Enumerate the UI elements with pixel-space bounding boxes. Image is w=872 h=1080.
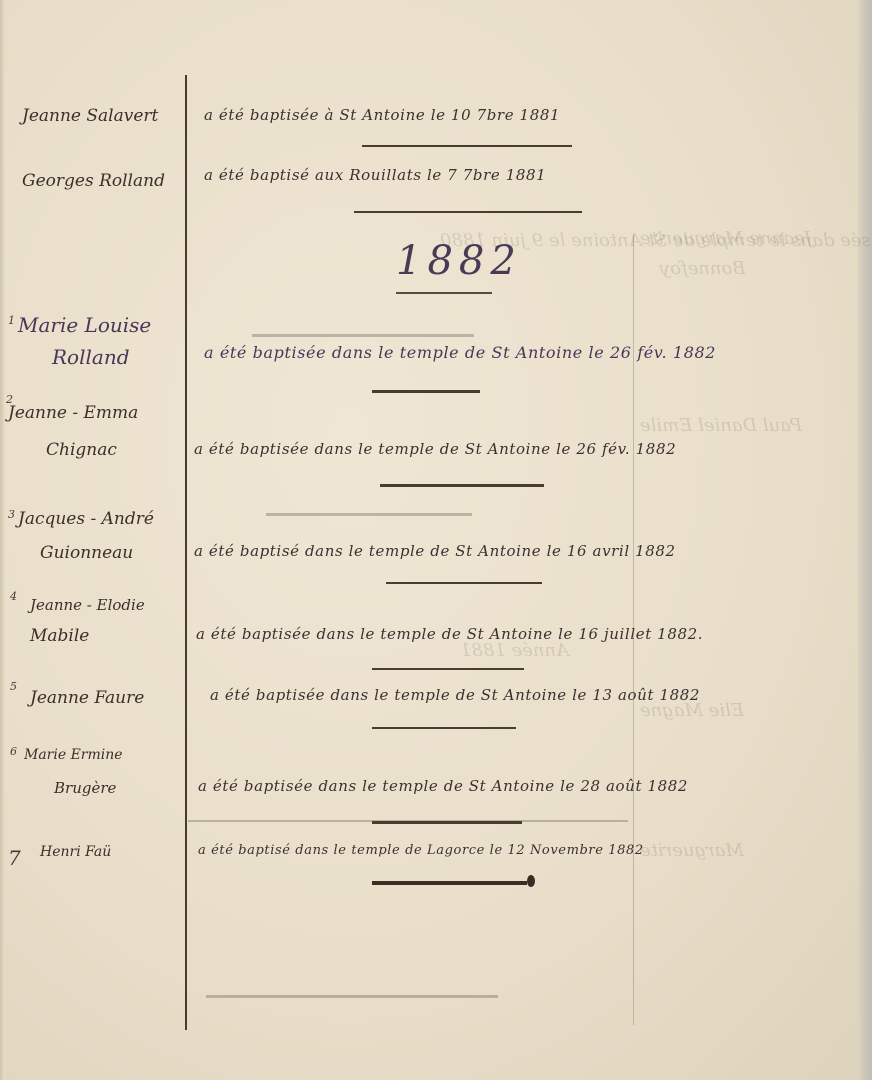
entry-separator	[372, 727, 516, 729]
year-heading: 1882	[396, 238, 522, 284]
entry-separator	[372, 390, 480, 393]
faint-rule	[252, 334, 474, 337]
entry-number: 6	[10, 745, 17, 758]
year-underline	[396, 292, 492, 294]
bleed-through-text: Paul Daniel Emile	[640, 415, 802, 436]
entry-name-last: Mabile	[30, 626, 89, 646]
entry-name-last: Brugère	[54, 779, 116, 797]
entry-number: 5	[10, 680, 17, 693]
margin-rule	[185, 75, 187, 1030]
entry-name-first: Jeanne Faure	[30, 688, 144, 708]
entry-separator	[380, 484, 544, 487]
entry-text: a été baptisée dans le temple de St Anto…	[204, 343, 716, 362]
entry-name-first: Jeanne - Elodie	[30, 596, 145, 614]
heading-rule-top	[354, 211, 582, 213]
faint-rule	[266, 513, 472, 516]
entry-name-last: Guionneau	[40, 543, 133, 563]
bleed-through-text: Année 1881	[460, 640, 569, 661]
entry-number: 3	[8, 508, 15, 521]
entry-name-first: Marie Louise	[18, 313, 151, 337]
page-right-edge	[858, 0, 872, 1080]
entry-name-last: Chignac	[46, 440, 117, 460]
entry-name: Jeanne Salavert	[22, 106, 158, 126]
entry-name-last: Rolland	[52, 345, 130, 369]
entry-name-first: Marie Ermine	[24, 747, 123, 763]
bleed-through-text: Bonnefoy	[660, 258, 746, 279]
entry-text: a été baptisé dans le temple de St Antoi…	[194, 542, 676, 560]
entry-text: a été baptisée dans le temple de St Anto…	[196, 625, 703, 643]
page-left-edge	[0, 0, 5, 1080]
entry-number: 7	[8, 846, 21, 870]
entry-text: a été baptisée dans le temple de St Anto…	[198, 777, 688, 795]
bleed-through-text: Marguerite	[640, 840, 744, 861]
entry-name-first: Jacques - André	[18, 509, 154, 529]
entry-name-first: Henri Faü	[40, 844, 111, 860]
faint-rule	[206, 995, 498, 998]
entry-text: a été baptisé aux Rouillats le 7 7bre 18…	[204, 166, 546, 184]
entry-name: Georges Rolland	[22, 171, 165, 191]
entry-separator	[372, 668, 524, 670]
entry-separator	[372, 821, 522, 824]
entry-name-first: Jeanne - Emma	[8, 403, 138, 423]
entry-separator	[362, 145, 572, 147]
entry-separator-final	[372, 881, 527, 885]
entry-text: a été baptisée à St Antoine le 10 7bre 1…	[204, 106, 560, 124]
entry-text: a été baptisé dans le temple de Lagorce …	[198, 843, 644, 858]
register-page: Jeanne Marguerite Bonnefoy a été baptisé…	[0, 0, 872, 1080]
entry-number: 1	[8, 314, 15, 327]
entry-separator	[386, 582, 542, 584]
entry-text: a été baptisée dans le temple de St Anto…	[194, 440, 676, 458]
entry-number: 4	[10, 590, 17, 603]
entry-text: a été baptisée dans le temple de St Anto…	[210, 686, 700, 704]
